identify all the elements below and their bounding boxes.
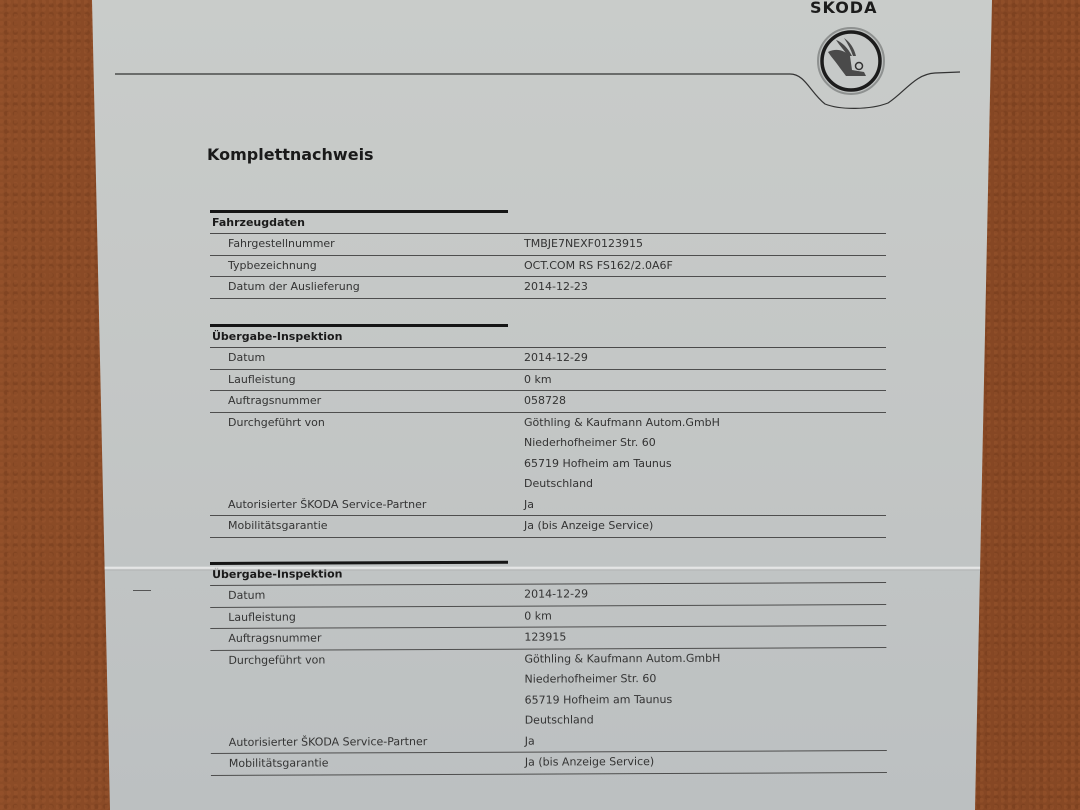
row-label: Auftragsnummer: [210, 391, 524, 412]
table-row: Autorisierter ŠKODA Service-Partner Ja: [211, 730, 887, 754]
table-row: Auftragsnummer 058728: [210, 391, 886, 413]
section-uebergabe-inspektion-1: Übergabe-Inspektion Datum 2014-12-29 Lau…: [210, 324, 886, 538]
dealer-country: Deutschland: [525, 709, 887, 731]
table-row: Datum der Auslieferung 2014-12-23: [210, 277, 886, 299]
section-fahrzeugdaten: Fahrzeugdaten Fahrgestellnummer TMBJE7NE…: [210, 210, 886, 299]
dealer-city: 65719 Hofheim am Taunus: [525, 689, 887, 711]
table-row: Autorisierter ŠKODA Service-Partner Ja: [210, 495, 886, 517]
row-value: 2014-12-29: [524, 348, 886, 369]
row-label: Laufleistung: [210, 606, 524, 628]
row-value: Ja: [524, 495, 886, 516]
row-value: 0 km: [524, 370, 886, 391]
fold-mark: [133, 590, 151, 591]
dealer-city: 65719 Hofheim am Taunus: [524, 454, 886, 475]
table-row-performed-by: Durchgeführt von Göthling & Kaufmann Aut…: [210, 413, 886, 495]
row-label: Datum der Auslieferung: [210, 277, 524, 298]
row-label: Mobilitätsgarantie: [210, 516, 524, 537]
row-label: Datum: [210, 585, 524, 607]
table-row: Mobilitätsgarantie Ja (bis Anzeige Servi…: [211, 751, 887, 775]
row-value: 2014-12-29: [524, 583, 886, 605]
table-row: Laufleistung 0 km: [210, 605, 886, 629]
row-label: Fahrgestellnummer: [210, 234, 524, 255]
row-label: Autorisierter ŠKODA Service-Partner: [210, 495, 524, 516]
section-uebergabe-inspektion-2: Übergabe-Inspektion Datum 2014-12-29 Lau…: [210, 559, 887, 775]
row-label: Durchgeführt von: [210, 649, 524, 671]
table-row: Laufleistung 0 km: [210, 370, 886, 392]
table-row: Typbezeichnung OCT.COM RS FS162/2.0A6F: [210, 256, 886, 278]
row-value-address: Göthling & Kaufmann Autom.GmbH Niederhof…: [524, 413, 886, 495]
row-value: 123915: [524, 626, 886, 648]
document-paper: ŠKODA Komplettnachweis Fahrzeugdaten Fah…: [0, 0, 1080, 810]
row-value: Ja (bis Anzeige Service): [524, 516, 886, 537]
table-row: Fahrgestellnummer TMBJE7NEXF0123915: [210, 234, 886, 256]
row-value: 2014-12-23: [524, 277, 886, 298]
skoda-logo-icon: [816, 26, 886, 96]
row-value: 058728: [524, 391, 886, 412]
section-title: Fahrzeugdaten: [210, 213, 886, 234]
row-label: Laufleistung: [210, 370, 524, 391]
document-title: Komplettnachweis: [207, 145, 374, 164]
table-row: Mobilitätsgarantie Ja (bis Anzeige Servi…: [210, 516, 886, 538]
dealer-country: Deutschland: [524, 474, 886, 495]
table-row-performed-by: Durchgeführt von Göthling & Kaufmann Aut…: [210, 648, 886, 733]
row-label: Durchgeführt von: [210, 413, 524, 434]
row-value: 0 km: [524, 605, 886, 627]
row-value: Ja: [525, 730, 887, 752]
section-title: Übergabe-Inspektion: [210, 327, 886, 348]
brand-wordmark: ŠKODA: [810, 0, 877, 17]
table-row: Datum 2014-12-29: [210, 583, 886, 607]
row-label: Auftragsnummer: [210, 628, 524, 650]
dealer-name: Göthling & Kaufmann Autom.GmbH: [524, 413, 886, 434]
table-row: Auftragsnummer 123915: [210, 626, 886, 650]
row-value: Ja (bis Anzeige Service): [525, 751, 887, 773]
header-curve-line: [0, 0, 1080, 120]
table-row: Datum 2014-12-29: [210, 348, 886, 370]
row-value-address: Göthling & Kaufmann Autom.GmbH Niederhof…: [524, 648, 886, 732]
dealer-street: Niederhofheimer Str. 60: [524, 433, 886, 454]
row-value: TMBJE7NEXF0123915: [524, 234, 886, 255]
row-label: Typbezeichnung: [210, 256, 524, 277]
row-label: Mobilitätsgarantie: [211, 753, 525, 775]
row-label: Autorisierter ŠKODA Service-Partner: [211, 731, 525, 753]
section-title: Übergabe-Inspektion: [210, 562, 886, 586]
dealer-street: Niederhofheimer Str. 60: [524, 668, 886, 690]
row-label: Datum: [210, 348, 524, 369]
dealer-name: Göthling & Kaufmann Autom.GmbH: [524, 648, 886, 670]
row-value: OCT.COM RS FS162/2.0A6F: [524, 256, 886, 277]
